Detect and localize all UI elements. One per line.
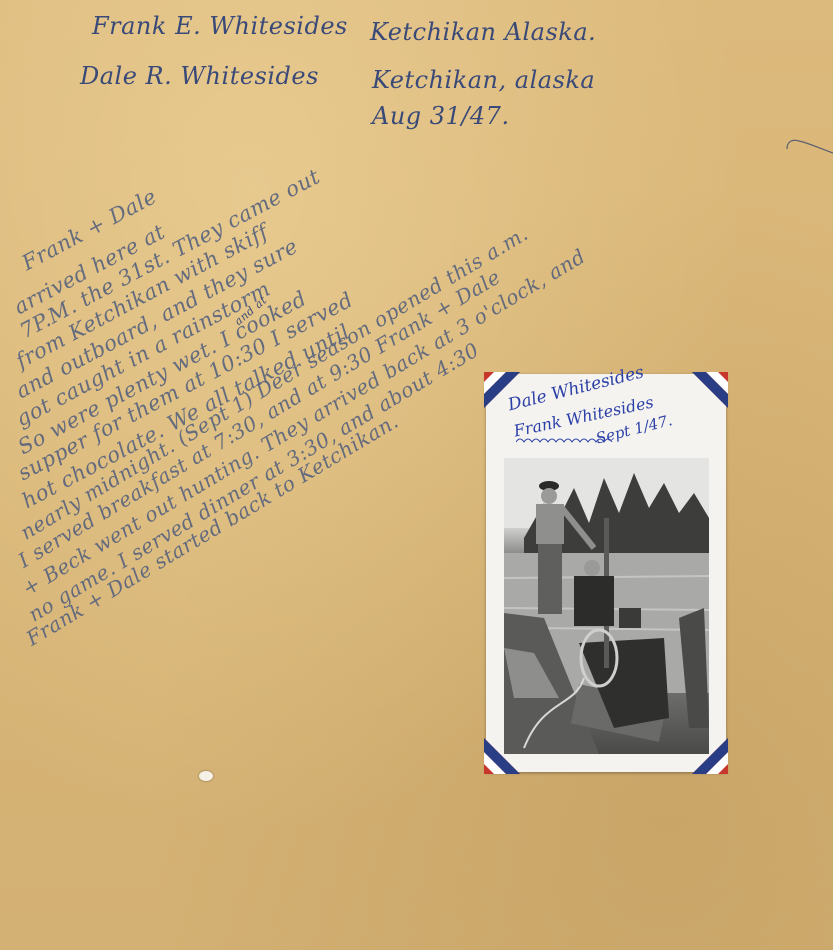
- header-name-frank: Frank E. Whitesides: [92, 12, 348, 40]
- photo-corner-mount-bottom-right: [692, 738, 728, 774]
- scrapbook-page: Frank E. Whitesides Ketchikan Alaska. Da…: [0, 0, 833, 950]
- punch-hole: [199, 771, 213, 781]
- pencil-squiggle-mark: [785, 135, 833, 157]
- header-location-1: Ketchikan Alaska.: [370, 18, 596, 46]
- header-location-2: Ketchikan, alaska: [372, 66, 595, 94]
- mounted-photograph: Dale Whitesides Frank Whitesides Sept 1/…: [486, 374, 726, 772]
- caption-underline-squiggle: [516, 432, 666, 446]
- photo-image-boat-dock: [504, 458, 709, 754]
- header-date: Aug 31/47.: [372, 102, 510, 130]
- photo-corner-mount-top-left: [484, 372, 520, 408]
- photo-corner-mount-bottom-left: [484, 738, 520, 774]
- header-name-dale: Dale R. Whitesides: [80, 62, 319, 90]
- photo-corner-mount-top-right: [692, 372, 728, 408]
